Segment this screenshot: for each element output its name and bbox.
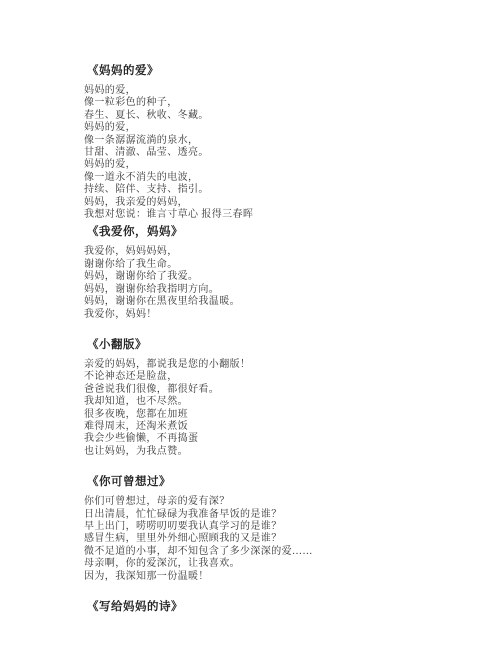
poem-lines: 妈妈的爱，像一粒彩色的种子，春生、夏长、秋收、冬藏。妈妈的爱，像一条潺潺流淌的泉… [84,85,460,221]
poem-line: 像一粒彩色的种子， [84,97,460,109]
poem-line: 妈妈的爱， [84,85,460,97]
poem-lines: 你们可曾想过，母亲的爱有深？日出清晨，忙忙碌碌为我准备早饭的是谁？早上出门，唠唠… [84,496,460,583]
poem-line: 感冒生病，里里外外细心照顾我的又是谁？ [84,533,460,545]
poem-section: 《我爱你，妈妈》 我爱你，妈妈妈妈，谢谢你给了我生命。妈妈，谢谢你给了我爱。妈妈… [84,225,460,320]
poem-section: 《写给妈妈的诗》 [84,600,460,614]
poem-line: 亲爱的妈妈，都说我是您的小翻版！ [84,359,460,371]
poem-line: 我却知道，也不尽然。 [84,396,460,408]
poem-line: 早上出门，唠唠叨叨要我认真学习的是谁？ [84,521,460,533]
poem-line: 春生、夏长、秋收、冬藏。 [84,110,460,122]
poem-line: 因为，我深知那一份温暖！ [84,571,460,583]
poem-line: 甘甜、清澈、晶莹、透亮。 [84,147,460,159]
poem-line: 我爱你，妈妈妈妈， [84,246,460,258]
poem-line: 我会少些偷懒，不再捣蛋 [84,433,460,445]
poem-line: 谢谢你给了我生命。 [84,259,460,271]
poem-section: 《你可曾想过》 你们可曾想过，母亲的爱有深？日出清晨，忙忙碌碌为我准备早饭的是谁… [84,475,460,583]
poem-line: 妈妈，谢谢你给了我爱。 [84,271,460,283]
poem-line: 持续、陪伴、支持、指引。 [84,184,460,196]
poem-line: 微不足道的小事，却不知包含了多少深深的爱…… [84,546,460,558]
poem-line: 母亲啊，你的爱深沉，让我喜欢。 [84,558,460,570]
poem-title: 《我爱你，妈妈》 [84,225,460,239]
poem-line: 妈妈，我亲爱的妈妈， [84,197,460,209]
poem-line: 我爱你，妈妈！ [84,309,460,321]
poem-section: 《小翻版》 亲爱的妈妈，都说我是您的小翻版！不论神态还是脸盘，爸爸说我们很像，都… [84,338,460,458]
poem-line: 像一条潺潺流淌的泉水， [84,135,460,147]
poem-title: 《妈妈的爱》 [84,64,460,78]
poem-line: 难得周末，还淘米煮饭 [84,421,460,433]
poem-line: 像一道永不消失的电波， [84,172,460,184]
poem-lines: 我爱你，妈妈妈妈，谢谢你给了我生命。妈妈，谢谢你给了我爱。妈妈，谢谢你给我指明方… [84,246,460,320]
poem-line: 你们可曾想过，母亲的爱有深？ [84,496,460,508]
document-page: 《妈妈的爱》 妈妈的爱，像一粒彩色的种子，春生、夏长、秋收、冬藏。妈妈的爱，像一… [0,0,500,652]
poem-line: 妈妈的爱， [84,122,460,134]
poem-title: 《你可曾想过》 [84,475,460,489]
poem-line: 也让妈妈，为我点赞。 [84,446,460,458]
poem-list: 《妈妈的爱》 妈妈的爱，像一粒彩色的种子，春生、夏长、秋收、冬藏。妈妈的爱，像一… [84,64,460,614]
poem-line: 妈妈，谢谢你在黑夜里给我温暖。 [84,296,460,308]
poem-lines: 亲爱的妈妈，都说我是您的小翻版！不论神态还是脸盘，爸爸说我们很像，都很好看。我却… [84,359,460,458]
poem-line: 我想对您说：谁言寸草心 报得三春晖 [84,209,460,221]
poem-title: 《写给妈妈的诗》 [84,600,460,614]
poem-line: 很多夜晚，您都在加班 [84,409,460,421]
poem-title: 《小翻版》 [84,338,460,352]
poem-section: 《妈妈的爱》 妈妈的爱，像一粒彩色的种子，春生、夏长、秋收、冬藏。妈妈的爱，像一… [84,64,460,221]
poem-line: 妈妈的爱， [84,159,460,171]
poem-line: 妈妈，谢谢你给我指明方向。 [84,284,460,296]
poem-line: 爸爸说我们很像，都很好看。 [84,384,460,396]
poem-line: 日出清晨，忙忙碌碌为我准备早饭的是谁？ [84,509,460,521]
poem-line: 不论神态还是脸盘， [84,371,460,383]
